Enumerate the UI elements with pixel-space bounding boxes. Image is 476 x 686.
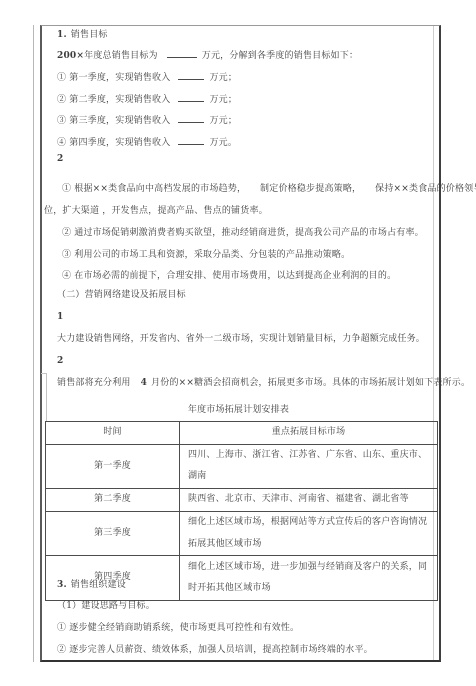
- quarter2-text: ② 第二季度，实现销售收入: [57, 95, 170, 105]
- quarter2-unit: 万元；: [209, 95, 237, 105]
- annual-goal-year: 200×: [57, 51, 84, 61]
- network-item2-suffix: 月份的××糖酒会招商机会，拓展更多市场。具体的市场拓展计划如下表所示。: [151, 378, 470, 388]
- annual-goal-line: 200×年度总销售目标为万元，分解到各季度的销售目标如下：: [40, 46, 454, 68]
- org-item2: ② 逐步完善人员薪资、绩效体系，加强人员培训，提高控制市场终端的水平。: [40, 640, 454, 662]
- table-row: 第一季度 四川、上海市、浙江省、江苏省、广东省、山东、重庆市、湖南: [46, 444, 438, 488]
- annual-goal-suffix: 万元，分解到各季度的销售目标如下：: [202, 51, 358, 61]
- section3-number: 3.: [57, 580, 67, 590]
- table-title: 年度市场拓展计划安排表: [40, 400, 437, 422]
- document-page: 1.销售目标 200×年度总销售目标为万元，分解到各季度的销售目标如下： ① 第…: [0, 0, 476, 686]
- strategy-item1-line2: 位，扩大渠道 ，开发售点，提高产品、售点的铺货率。: [40, 201, 441, 223]
- quarter4-unit: 万元。: [209, 138, 237, 148]
- network-section-heading: （二）营销网络建设及拓展目标: [40, 285, 454, 307]
- quarter1-goal-line: ① 第一季度，实现销售收入万元；: [40, 68, 454, 90]
- table-row: 第二季度 陕西省、北京市、天津市、河南省、福建省、湖北省等: [46, 489, 438, 512]
- table-row: 第三季度 细化上述区域市场，根据网站等方式宣传后的客户咨询情况拓展其他区域市场: [46, 511, 438, 555]
- network-item1-number: 1: [40, 307, 454, 329]
- row1-time: 第一季度: [46, 444, 180, 488]
- section3-subheading: （1）建设思路与目标。: [40, 596, 454, 618]
- left-outer-border-line: [33, 25, 34, 662]
- network-item2-prefix: 销售部将充分利用: [57, 378, 131, 388]
- row3-time: 第三季度: [46, 511, 180, 555]
- annual-goal-prefix: 年度总销售目标为: [84, 51, 158, 61]
- network-item2-number: 2: [40, 351, 454, 373]
- quarter4-text: ④ 第四季度，实现销售收入: [57, 138, 170, 148]
- quarter3-unit: 万元；: [209, 116, 237, 126]
- fill-in-blank: [178, 90, 204, 102]
- header-target-market: 重点拓展目标市场: [180, 422, 438, 445]
- header-time: 时间: [46, 422, 180, 445]
- section2-number: 2: [40, 149, 454, 171]
- strategy-item3: ③ 利用公司的市场工具和资源，采取分品类、分包装的产品推动策略。: [40, 245, 459, 267]
- org-item1: ① 逐步健全经销商助销系统，使市场更具可控性和有效性。: [40, 618, 454, 640]
- network-item1-text: 大力建设销售网络，开发省内、省外一二级市场，实现计划销量目标，力争超额完成任务。: [40, 329, 454, 351]
- quarter1-unit: 万元；: [209, 73, 237, 83]
- strategy-item1-line1: ① 根据××类食品向中高档发展的市场趋势， 制定价格稳步提高策略， 保持××类食…: [40, 179, 459, 201]
- strategy-item2: ② 通过市场促销刺激消费者购买欲望，推动经销商进货，提高我公司产品的市场占有率。: [40, 223, 459, 245]
- quarter2-goal-line: ② 第二季度，实现销售收入万元；: [40, 90, 454, 112]
- row2-target: 陕西省、北京市、天津市、河南省、福建省、湖北省等: [180, 489, 438, 512]
- section3-heading: 3.销售组织建设: [40, 575, 454, 597]
- section1-heading: 1.销售目标: [40, 25, 454, 47]
- quarter3-goal-line: ③ 第三季度，实现销售收入万元；: [40, 111, 454, 133]
- network-item2-text: 销售部将充分利用4月份的××糖酒会招商机会，拓展更多市场。具体的市场拓展计划如下…: [40, 373, 454, 395]
- fill-in-blank: [178, 133, 204, 145]
- section1-title: 销售目标: [71, 30, 108, 40]
- section1-number: 1.: [57, 30, 67, 40]
- network-item2-month: 4: [141, 378, 147, 388]
- fill-in-blank: [167, 46, 197, 58]
- row3-target: 细化上述区域市场，根据网站等方式宣传后的客户咨询情况拓展其他区域市场: [180, 511, 438, 555]
- section3-title: 销售组织建设: [71, 580, 126, 590]
- row1-target: 四川、上海市、浙江省、江苏省、广东省、山东、重庆市、湖南: [180, 444, 438, 488]
- fill-in-blank: [178, 68, 204, 80]
- quarter1-text: ① 第一季度，实现销售收入: [57, 73, 170, 83]
- fill-in-blank: [178, 111, 204, 123]
- table-header-row: 时间 重点拓展目标市场: [46, 422, 438, 445]
- quarter3-text: ③ 第三季度，实现销售收入: [57, 116, 170, 126]
- row2-time: 第二季度: [46, 489, 180, 512]
